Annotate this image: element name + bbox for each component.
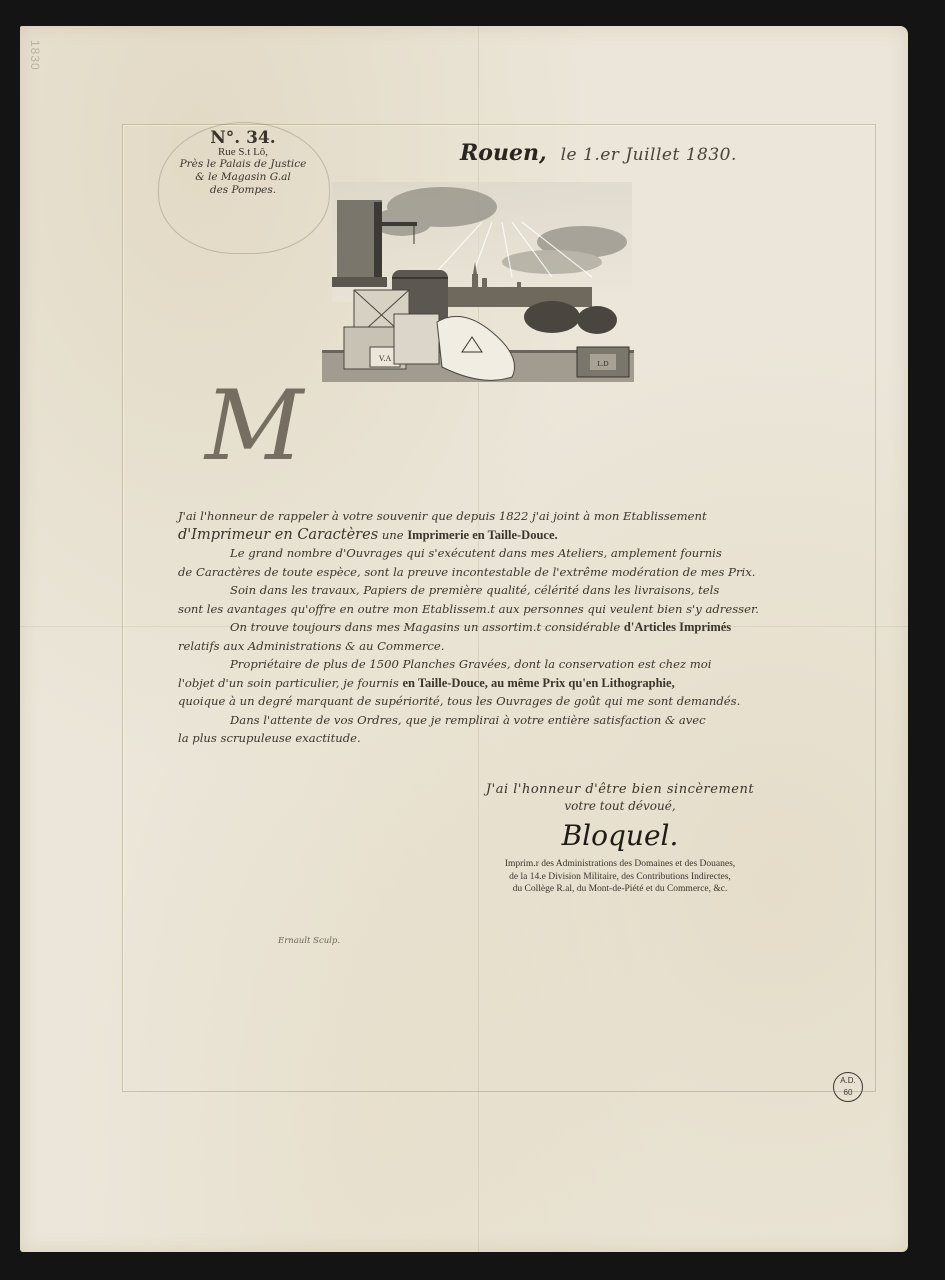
cartouche-flourish-ornament [158, 122, 330, 254]
letter-body: J'ai l'honneur de rappeler à votre souve… [178, 507, 803, 748]
body-line: J'ai l'honneur de rappeler à votre souve… [178, 507, 803, 526]
closing-block: J'ai l'honneur d'être bien sincèrement v… [430, 782, 810, 896]
archive-stamp: A.D. 60 [833, 1072, 863, 1102]
body-line: quoique à un degré marquant de supériori… [178, 692, 803, 711]
body-line: de Caractères de toute espèce, sont la p… [178, 563, 803, 582]
place-date-header: Rouen, le 1.er Juillet 1830. [460, 140, 737, 166]
body-line: l'objet d'un soin particulier, je fourni… [178, 674, 803, 693]
closing-formula-2: votre tout dévoué, [430, 799, 810, 813]
body-line: Soin dans les travaux, Papiers de premiè… [178, 581, 803, 600]
svg-text:L.D: L.D [597, 360, 608, 368]
harbor-engraving-vignette: V.A L.D [322, 182, 634, 384]
engraver-credit: Ernault Sculp. [278, 936, 340, 946]
body-line: sont les avantages qu'offre en outre mon… [178, 600, 803, 619]
body-line: Propriétaire de plus de 1500 Planches Gr… [178, 655, 803, 674]
body-line: d'Imprimeur en Caractères une Imprimerie… [178, 526, 803, 545]
letter-date: le 1.er Juillet 1830. [561, 145, 737, 165]
svg-text:V.A: V.A [379, 354, 392, 363]
signature: Bloquel. [430, 819, 810, 852]
pencil-annotation: 1830 [28, 40, 42, 71]
body-line: Le grand nombre d'Ouvrages qui s'exécute… [178, 544, 803, 563]
city-name: Rouen, [460, 140, 547, 166]
closing-formula: J'ai l'honneur d'être bien sincèrement [430, 782, 810, 797]
body-line: relatifs aux Administrations & au Commer… [178, 637, 803, 656]
body-line: On trouve toujours dans mes Magasins un … [178, 618, 803, 637]
body-line: la plus scrupuleuse exactitude. [178, 729, 803, 748]
salutation-initial: M [205, 370, 295, 482]
body-line: Dans l'attente de vos Ordres, que je rem… [178, 711, 803, 730]
printer-titles: Imprim.r des Administrations des Domaine… [430, 858, 810, 896]
address-cartouche: N°. 34. Rue S.t Lô, Près le Palais de Ju… [168, 128, 318, 197]
